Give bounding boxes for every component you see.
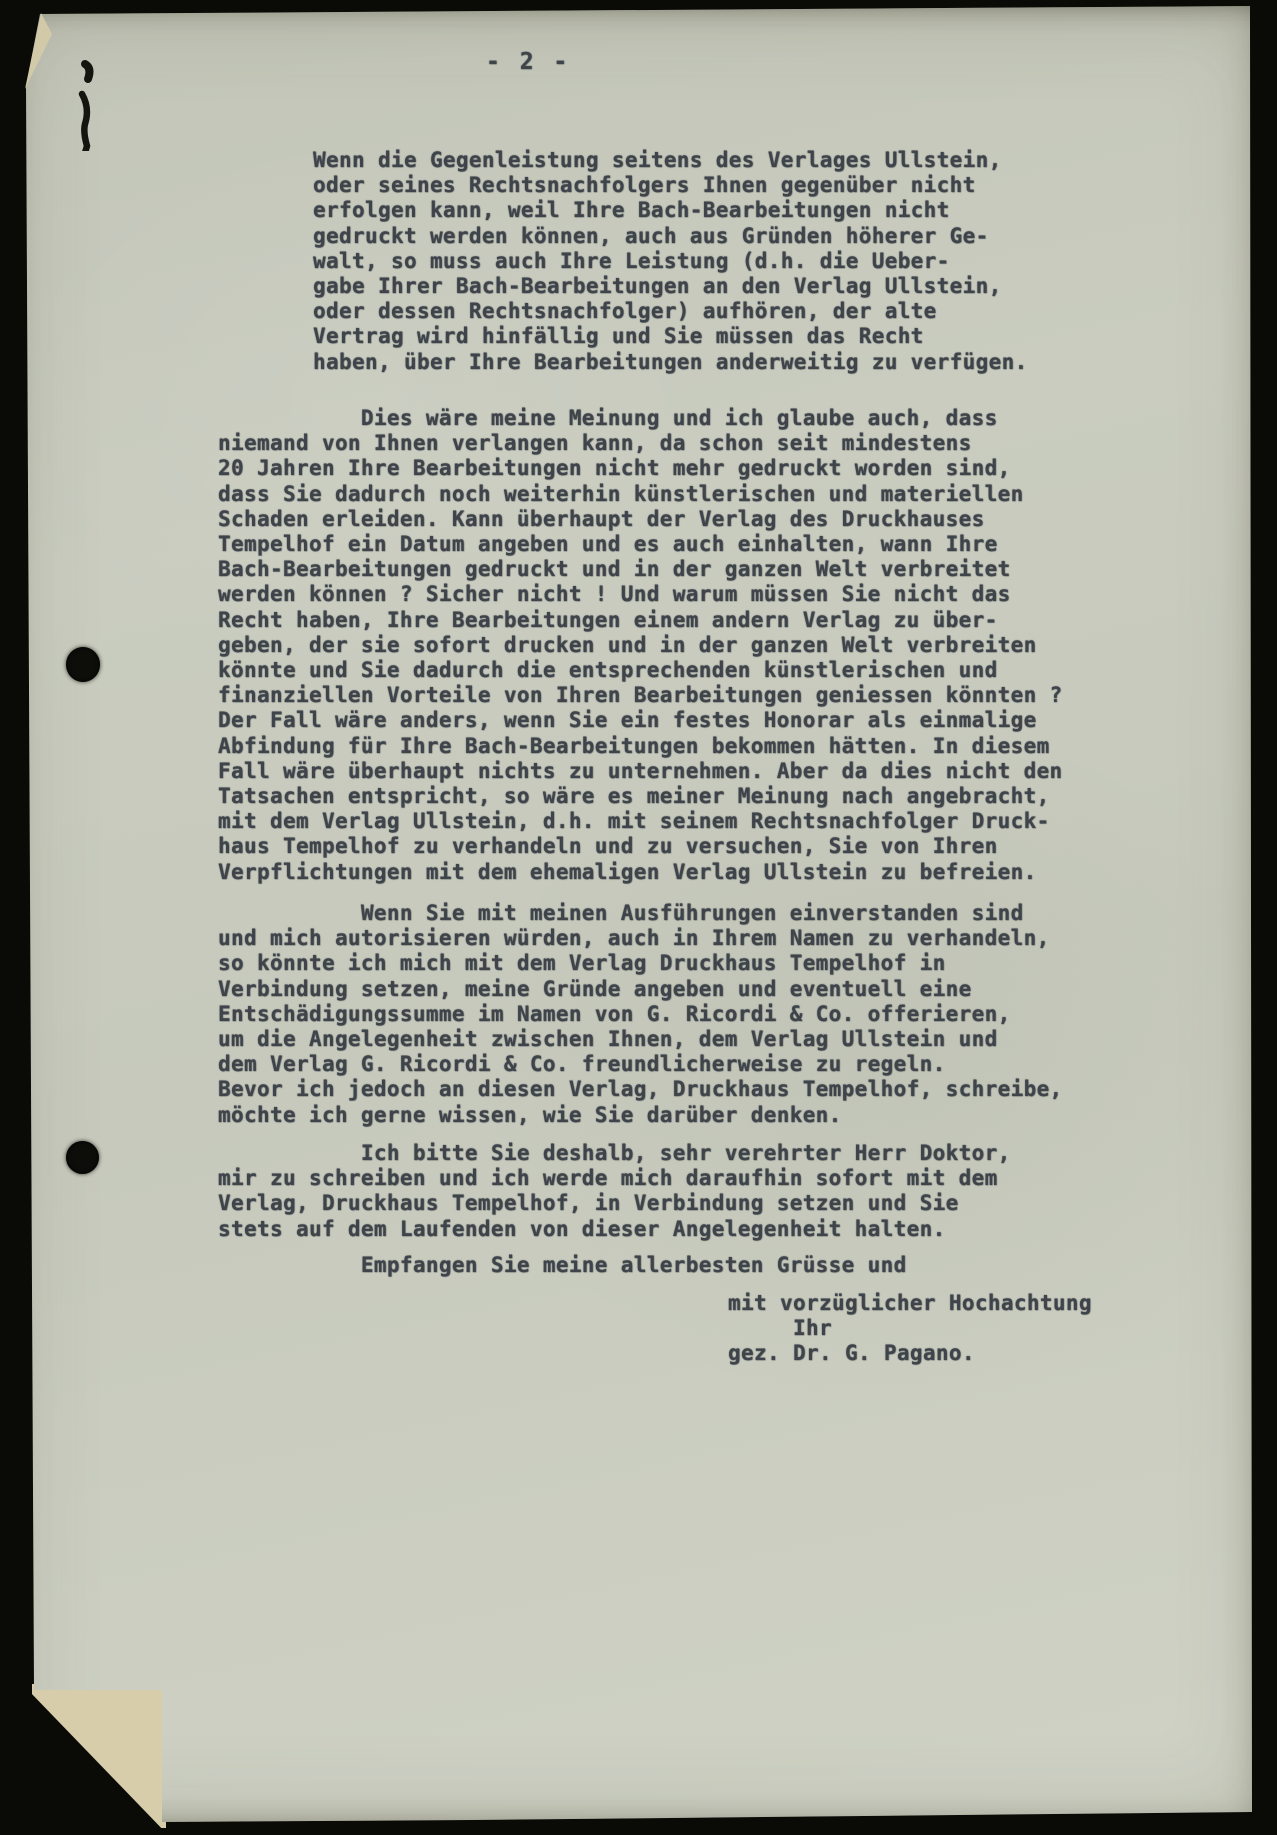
punch-hole-top: [66, 647, 100, 682]
paragraph-2: Dies wäre meine Meinung und ich glaube a…: [218, 406, 1063, 885]
paragraph-4: Ich bitte Sie deshalb, sehr verehrter He…: [218, 1141, 1011, 1242]
signature-block: mit vorzüglicher Hochachtung Ihr gez. Dr…: [728, 1291, 1092, 1367]
handwritten-mark: [60, 46, 108, 151]
page-number: - 2 -: [486, 50, 570, 75]
scan-background: - 2 - Wenn die Gegenleistung seitens des…: [0, 0, 1277, 1835]
punch-hole-bottom: [66, 1141, 99, 1174]
paragraph-1: Wenn die Gegenleistung seitens des Verla…: [313, 148, 1028, 375]
paragraph-3: Wenn Sie mit meinen Ausführungen einvers…: [218, 901, 1063, 1128]
greeting-line: Empfangen Sie meine allerbesten Grüsse u…: [218, 1253, 907, 1278]
